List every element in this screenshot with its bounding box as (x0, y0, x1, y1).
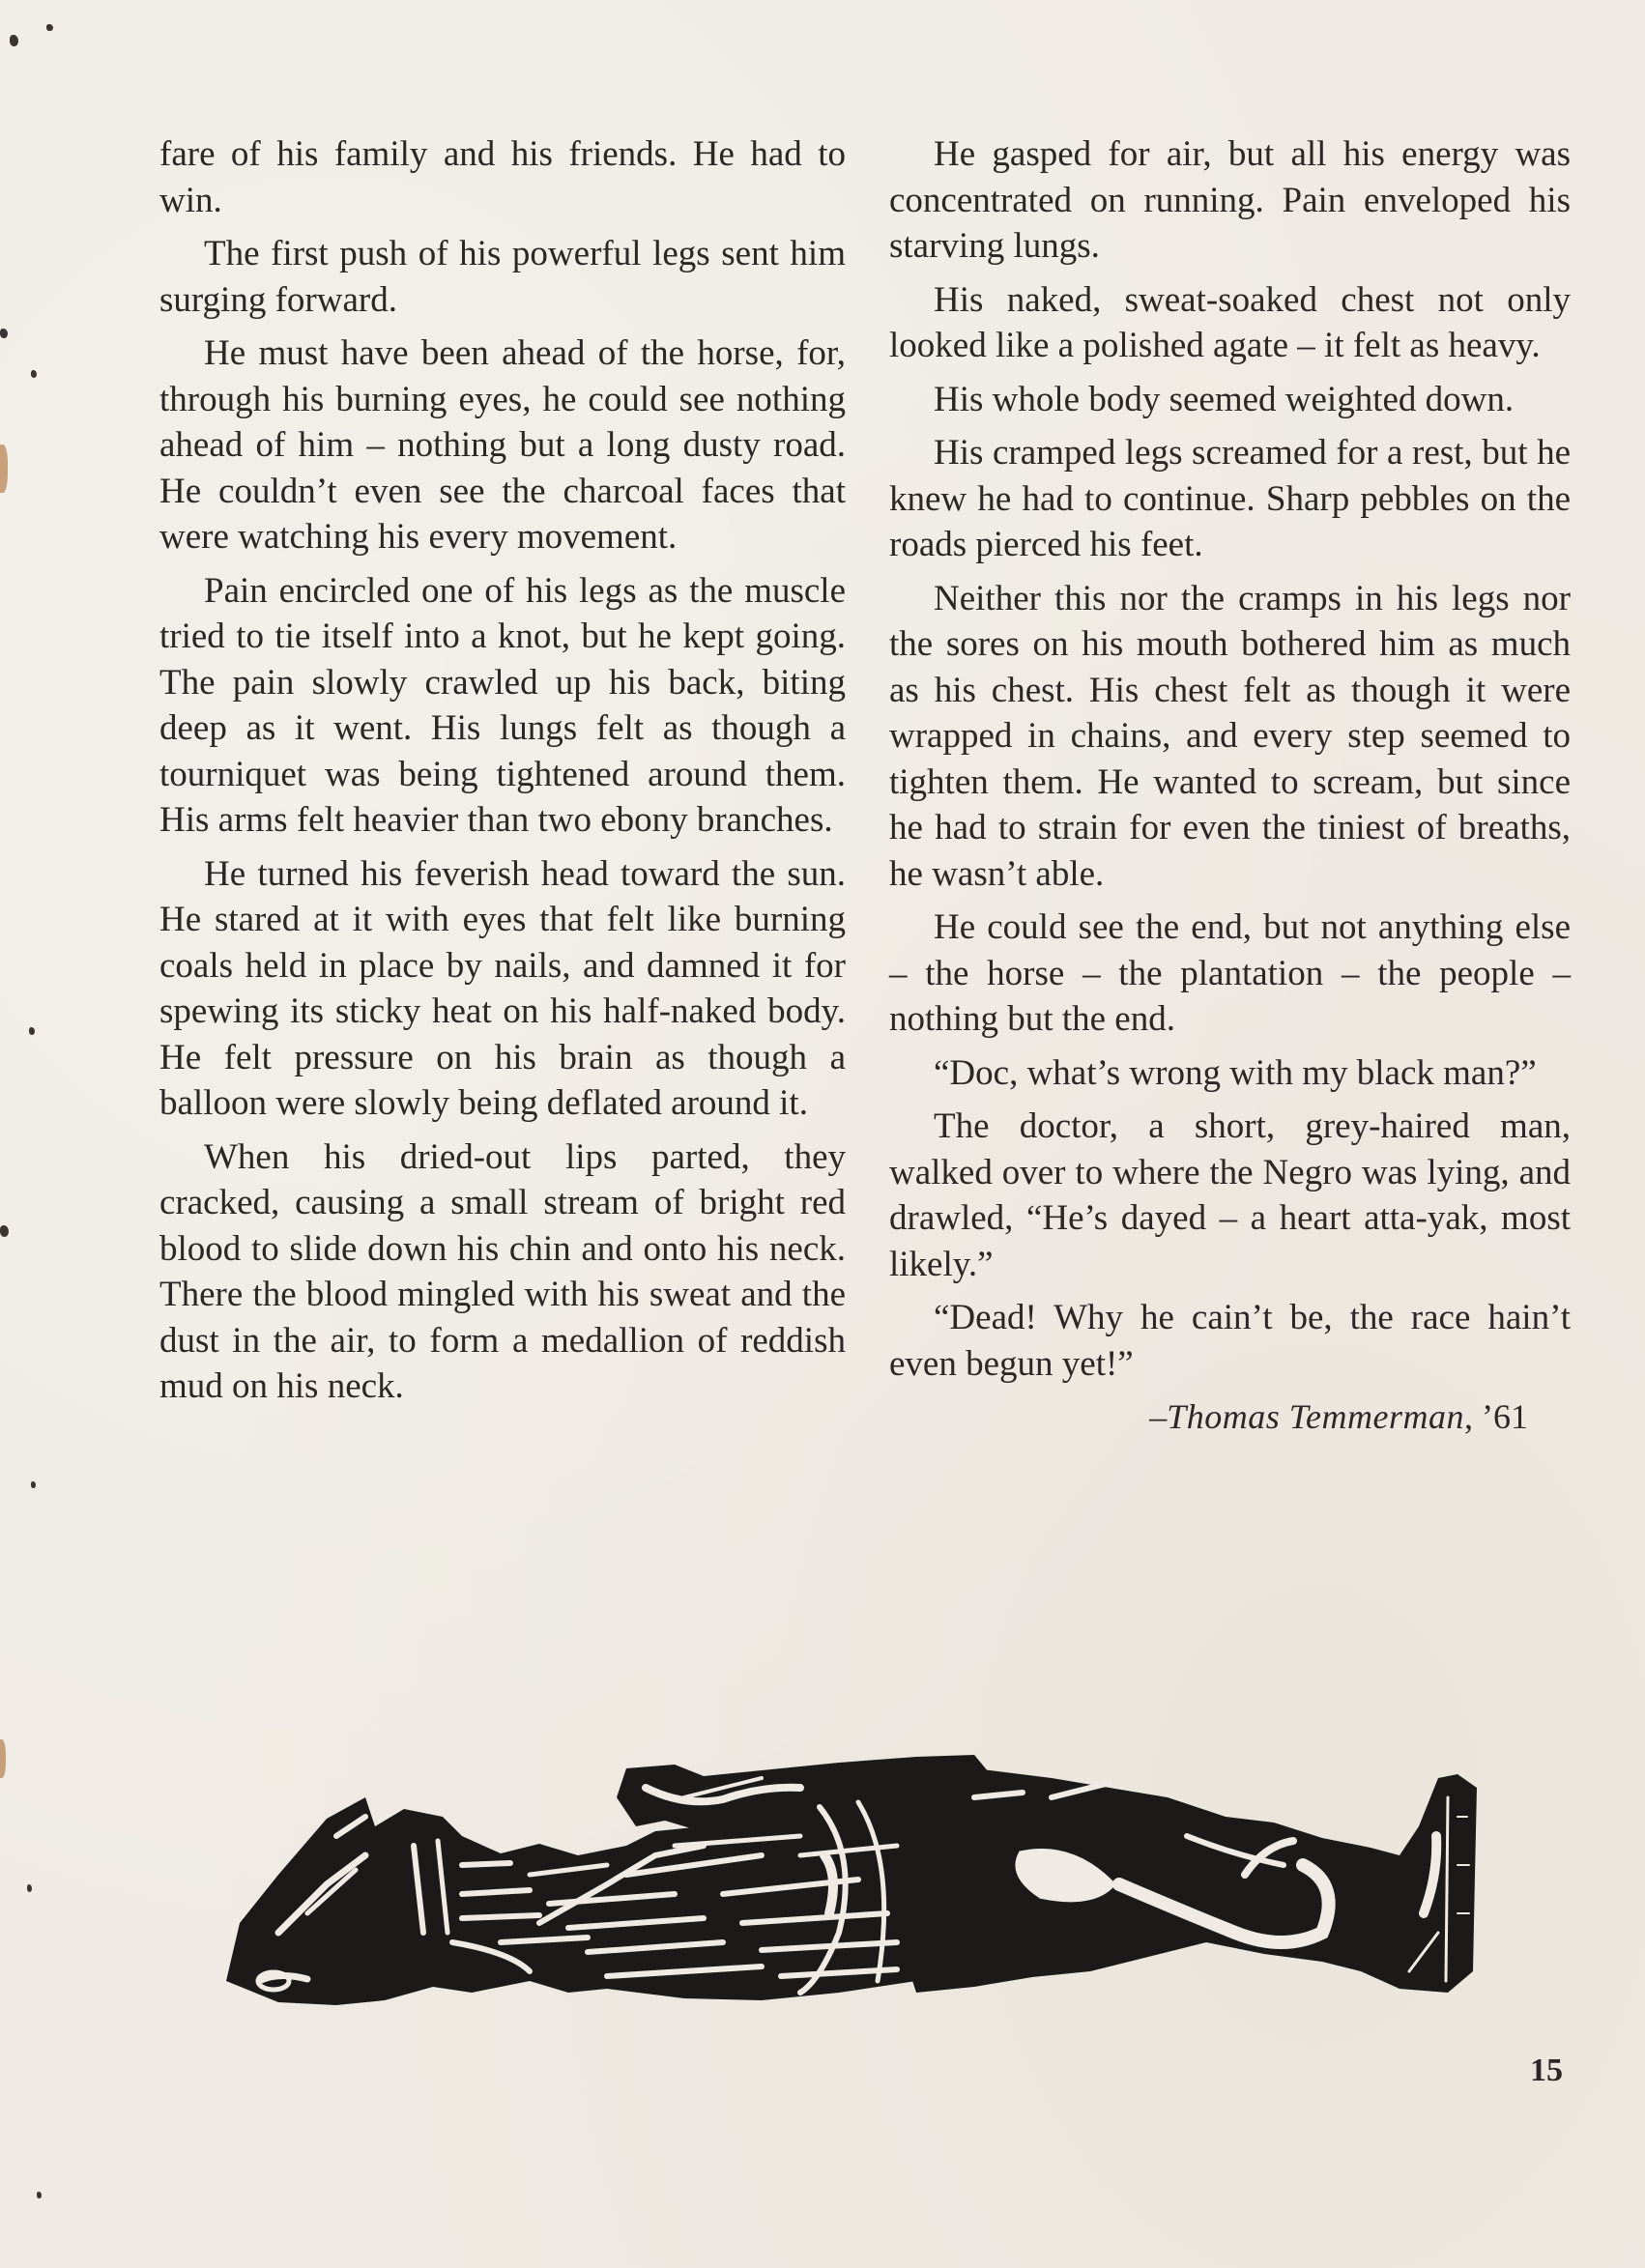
page-number: 15 (1530, 2053, 1563, 2089)
paragraph: fare of his family and his friends. He h… (159, 131, 846, 223)
paragraph: “Dead! Why he cain’t be, the race hain’t… (889, 1295, 1571, 1387)
paragraph: He turned his feverish head toward the s… (159, 851, 846, 1127)
punch-hole-mark (29, 1027, 35, 1035)
paragraph: His naked, sweat-soaked chest not only l… (889, 277, 1571, 369)
woodcut-horse-illustration-icon (220, 1739, 1496, 2029)
paragraph: The doctor, a short, grey-haired man, wa… (889, 1104, 1571, 1287)
class-year: , ’61 (1464, 1397, 1528, 1436)
punch-hole-mark (31, 1481, 36, 1488)
magazine-page: fare of his family and his friends. He h… (0, 0, 1645, 2268)
paragraph: He must have been ahead of the horse, fo… (159, 330, 846, 560)
punch-hole-mark (31, 370, 37, 378)
author-byline: –Thomas Temmerman, ’61 (889, 1394, 1571, 1441)
punch-hole-mark (37, 2192, 42, 2198)
paragraph: He gasped for air, but all his en­ergy w… (889, 131, 1571, 270)
punch-hole-mark (0, 329, 8, 338)
paragraph: “Doc, what’s wrong with my black man?” (889, 1050, 1571, 1097)
right-text-column: He gasped for air, but all his en­ergy w… (889, 131, 1571, 1441)
punch-hole-mark (46, 24, 53, 31)
punch-hole-mark (10, 35, 18, 46)
paragraph: He could see the end, but not any­thing … (889, 904, 1571, 1043)
paragraph: Pain encircled one of his legs as the mu… (159, 568, 846, 844)
paragraph: When his dried-out lips parted, they cra… (159, 1134, 846, 1410)
paper-stain (0, 1739, 6, 1778)
left-text-column: fare of his family and his friends. He h… (159, 131, 846, 1418)
paragraph: The first push of his powerful legs sent… (159, 231, 846, 323)
paragraph: His cramped legs screamed for a rest, bu… (889, 430, 1571, 568)
punch-hole-mark (0, 1225, 9, 1237)
paragraph: Neither this nor the cramps in his legs … (889, 576, 1571, 898)
paragraph: His whole body seemed weighted down. (889, 377, 1571, 423)
punch-hole-mark (27, 1884, 32, 1892)
byline-dash: – (1149, 1397, 1167, 1436)
author-name: Thomas Temmerman (1167, 1397, 1464, 1436)
paper-stain (0, 445, 8, 493)
